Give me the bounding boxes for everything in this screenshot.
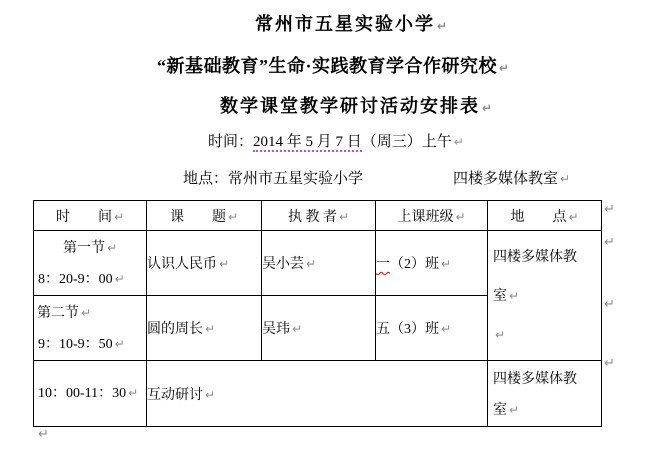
period1-session-text: 第一节 bbox=[63, 241, 105, 256]
schedule-table: 时 间↵ 课 题↵ 执 教 者↵ 上课班级↵ 地 点↵ 第一节↵ 8：20-9：… bbox=[33, 200, 602, 427]
location-school: 常州市五星实验小学 bbox=[228, 171, 363, 187]
paragraph-mark: ↵ bbox=[81, 306, 91, 320]
period1-topic-text: 认识人民币 bbox=[147, 257, 217, 272]
school-title-text: 常州市五星实验小学 bbox=[255, 14, 435, 34]
period2-teacher-cell[interactable]: 吴玮↵ bbox=[262, 296, 376, 361]
discussion-timespan: 10：00-11：30↵ bbox=[34, 378, 146, 409]
location-label: 地点： bbox=[183, 171, 228, 187]
discussion-activity-text: 互动研讨 bbox=[147, 388, 203, 403]
time-rest: （周三）上午 bbox=[362, 134, 452, 150]
time-line[interactable]: 时间：2014 年 5 月 7 日（周三）上午↵ bbox=[208, 130, 464, 151]
discussion-activity-cell[interactable]: 互动研讨↵ bbox=[147, 361, 488, 427]
location-room: 四楼多媒体教室 bbox=[453, 171, 558, 187]
paragraph-mark: ↵ bbox=[568, 210, 578, 224]
period2-time-text: 9：10-9：50 bbox=[38, 337, 113, 352]
location-line[interactable]: 地点：常州市五星实验小学四楼多媒体教室↵ bbox=[183, 167, 570, 188]
header-teacher[interactable]: 执 教 者↵ bbox=[262, 201, 376, 231]
empty-paragraph: ↵ bbox=[493, 316, 580, 355]
row-end-mark: ↵ bbox=[604, 235, 615, 250]
location-text-wrap: 四楼多媒体教室↵ ↵ bbox=[488, 237, 580, 355]
paragraph-mark: ↵ bbox=[499, 61, 510, 75]
paragraph-mark: ↵ bbox=[454, 135, 464, 149]
table-row-discussion: 10：00-11：30↵ 互动研讨↵ 四楼多媒体教室↵ bbox=[34, 361, 602, 427]
period1-location-text: 四楼多媒体教室 bbox=[493, 250, 577, 304]
period2-teacher-text: 吴玮 bbox=[262, 322, 290, 337]
header-class[interactable]: 上课班级↵ bbox=[376, 201, 488, 231]
date-grammar-underlined: 2014 年 5 月 7 日 bbox=[253, 134, 362, 152]
header-class-label: 上课班级 bbox=[397, 210, 453, 225]
time-label: 时间： bbox=[208, 134, 253, 150]
paragraph-mark: ↵ bbox=[339, 210, 349, 224]
paragraph-mark: ↵ bbox=[205, 388, 215, 402]
paragraph-mark: ↵ bbox=[455, 210, 465, 224]
period2-session-text: 第二节 bbox=[37, 306, 79, 321]
row-end-mark: ↵ bbox=[604, 202, 615, 217]
period1-class-misspelled: 一 bbox=[376, 257, 390, 272]
paragraph-mark: ↵ bbox=[437, 19, 449, 33]
paragraph-mark-after-table: ↵ bbox=[38, 427, 49, 442]
header-time-label: 时 间 bbox=[56, 210, 112, 225]
paragraph-mark: ↵ bbox=[306, 257, 316, 271]
paragraph-mark: ↵ bbox=[219, 257, 229, 271]
paragraph-mark: ↵ bbox=[114, 210, 124, 224]
header-time[interactable]: 时 间↵ bbox=[34, 201, 147, 231]
period1-class-cell[interactable]: 一（2）班↵ bbox=[376, 231, 488, 296]
header-location-label: 地 点 bbox=[510, 210, 566, 225]
paragraph-mark: ↵ bbox=[441, 322, 451, 336]
activity-title[interactable]: 数学课堂教学研讨活动安排表↵ bbox=[220, 92, 494, 118]
header-teacher-label: 执 教 者 bbox=[288, 210, 337, 225]
period1-timespan: 8：20-9：00↵ bbox=[34, 264, 146, 295]
paragraph-mark: ↵ bbox=[128, 386, 138, 400]
header-topic[interactable]: 课 题↵ bbox=[147, 201, 262, 231]
paragraph-mark: ↵ bbox=[441, 257, 451, 271]
period2-time-cell[interactable]: 第二节↵ 9：10-9：50↵ bbox=[34, 296, 147, 361]
header-topic-label: 课 题 bbox=[170, 210, 226, 225]
paragraph-mark: ↵ bbox=[509, 289, 519, 303]
paragraph-mark: ↵ bbox=[292, 322, 302, 336]
discussion-time-text: 10：00-11：30 bbox=[38, 386, 126, 401]
research-subtitle[interactable]: “新基础教育”生命·实践教育学合作研究校↵ bbox=[157, 52, 510, 78]
period2-topic-text: 圆的周长 bbox=[147, 322, 203, 337]
period1-teacher-text: 吴小芸 bbox=[262, 257, 304, 272]
row-end-mark: ↵ bbox=[604, 297, 615, 312]
period1-time-text: 8：20-9：00 bbox=[38, 272, 113, 287]
discussion-time-cell[interactable]: 10：00-11：30↵ bbox=[34, 361, 147, 427]
period1-topic-cell[interactable]: 认识人民币↵ bbox=[147, 231, 262, 296]
paragraph-mark: ↵ bbox=[107, 241, 117, 255]
row-end-mark: ↵ bbox=[604, 356, 615, 371]
period1-session: 第一节↵ bbox=[34, 231, 146, 264]
paragraph-mark: ↵ bbox=[115, 337, 125, 351]
document-page: 常州市五星实验小学↵ “新基础教育”生命·实践教育学合作研究校↵ 数学课堂教学研… bbox=[0, 0, 656, 464]
header-row: 时 间↵ 课 题↵ 执 教 者↵ 上课班级↵ 地 点↵ bbox=[34, 201, 602, 231]
header-location[interactable]: 地 点↵ bbox=[488, 201, 602, 231]
discussion-location-text: 四楼多媒体教室 bbox=[493, 372, 577, 418]
period1-2-location-cell[interactable]: 四楼多媒体教室↵ ↵ bbox=[488, 231, 602, 361]
paragraph-mark: ↵ bbox=[495, 328, 505, 342]
period2-topic-cell[interactable]: 圆的周长↵ bbox=[147, 296, 262, 361]
paragraph-mark: ↵ bbox=[482, 101, 494, 115]
location-text-wrap: 四楼多媒体教室↵ bbox=[488, 361, 580, 426]
period2-class-cell[interactable]: 五（3）班↵ bbox=[376, 296, 488, 361]
period1-class-rest: （2）班 bbox=[390, 257, 439, 272]
period2-timespan: 9：10-9：50↵ bbox=[34, 329, 146, 360]
period2-session: 第二节↵ bbox=[34, 296, 146, 329]
paragraph-mark: ↵ bbox=[115, 272, 125, 286]
school-title[interactable]: 常州市五星实验小学↵ bbox=[255, 10, 449, 36]
activity-title-text: 数学课堂教学研讨活动安排表 bbox=[220, 96, 480, 116]
paragraph-mark: ↵ bbox=[509, 403, 519, 417]
paragraph-mark: ↵ bbox=[205, 322, 215, 336]
research-subtitle-text: “新基础教育”生命·实践教育学合作研究校 bbox=[157, 56, 497, 76]
paragraph-mark: ↵ bbox=[560, 172, 570, 186]
table-row-period1: 第一节↵ 8：20-9：00↵ 认识人民币↵ 吴小芸↵ 一（2）班↵ 四楼多媒体… bbox=[34, 231, 602, 296]
discussion-location-cell[interactable]: 四楼多媒体教室↵ bbox=[488, 361, 602, 427]
period1-teacher-cell[interactable]: 吴小芸↵ bbox=[262, 231, 376, 296]
paragraph-mark: ↵ bbox=[228, 210, 238, 224]
period1-time-cell[interactable]: 第一节↵ 8：20-9：00↵ bbox=[34, 231, 147, 296]
period2-class-text: 五（3）班 bbox=[376, 322, 439, 337]
